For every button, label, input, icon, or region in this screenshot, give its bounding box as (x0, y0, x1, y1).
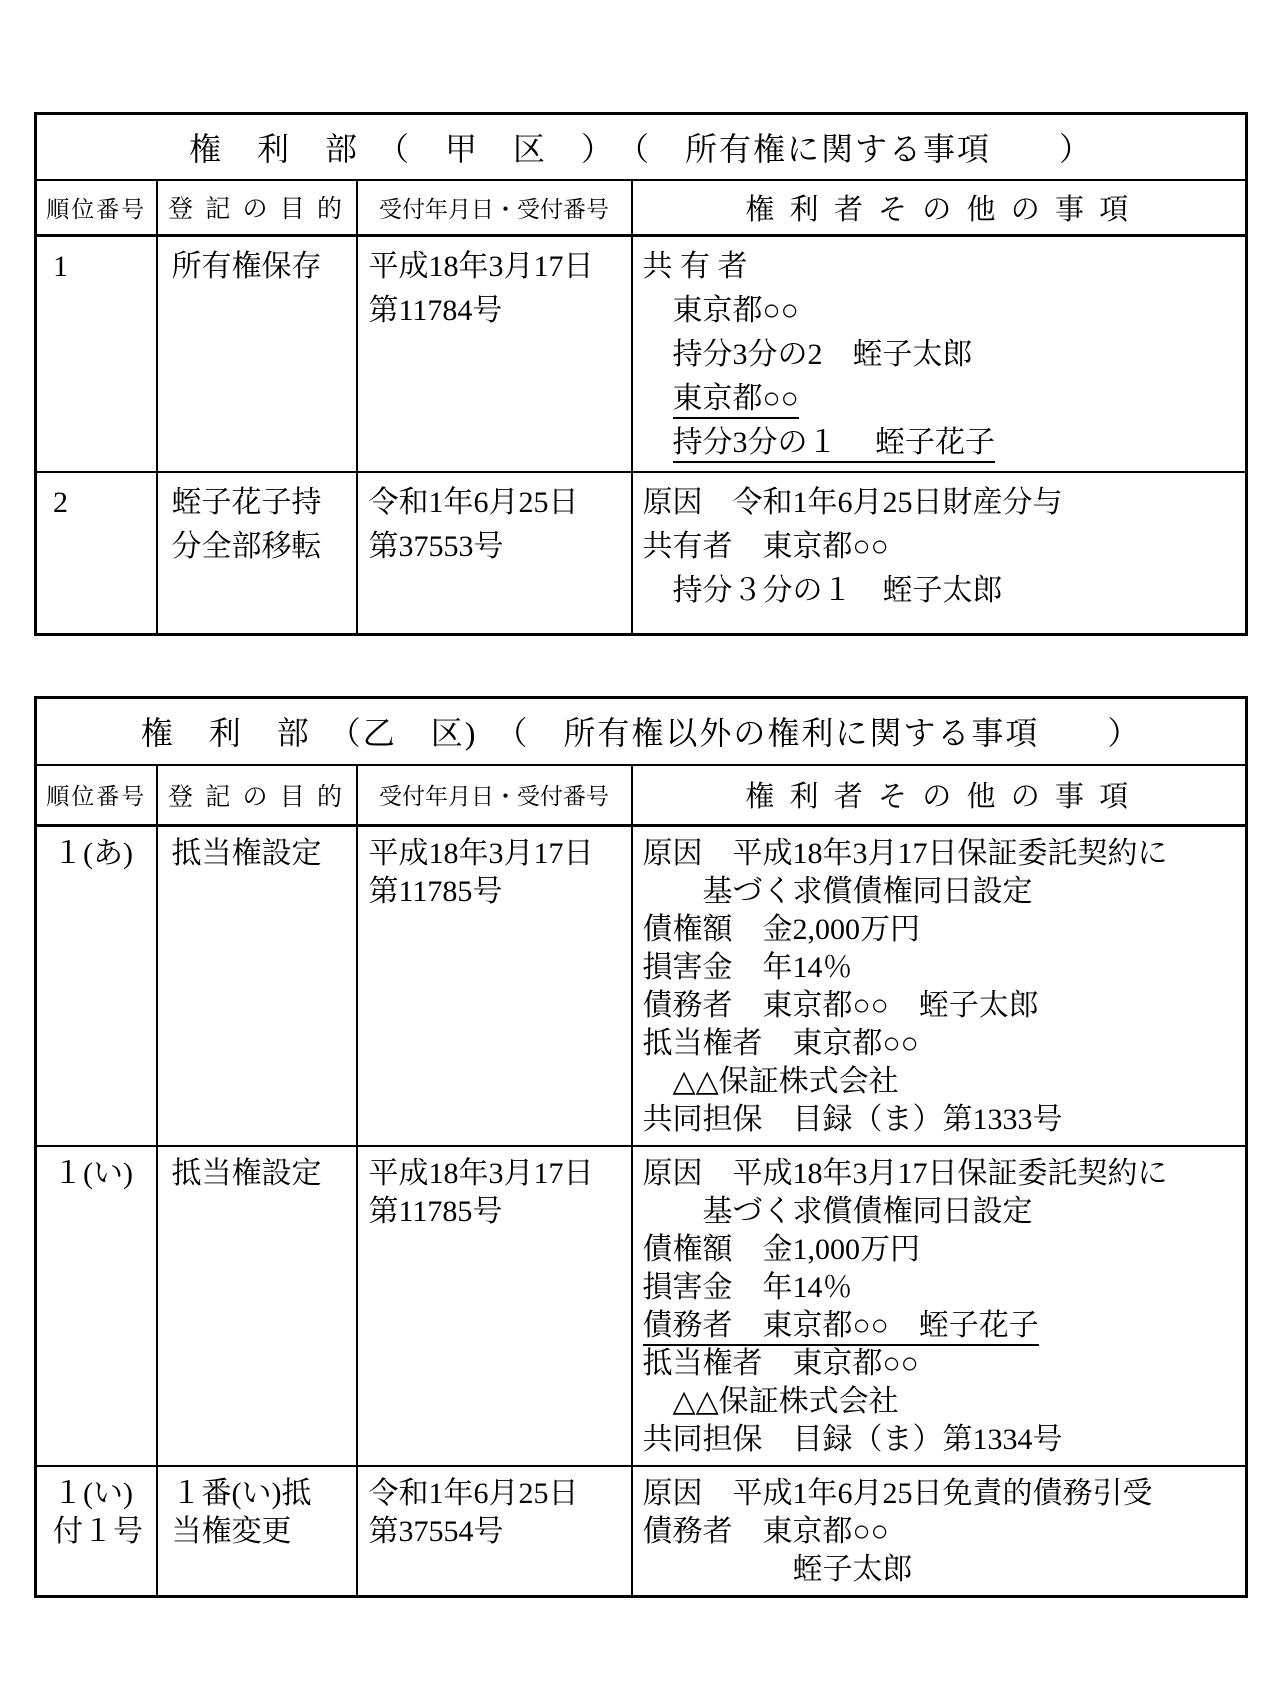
detail-line: 基づく求償債権同日設定 (643, 1193, 1238, 1231)
cell-line: 抵当権設定 (172, 1155, 348, 1193)
details-cell: 原因 平成1年6月25日免責的債務引受債務者 東京都○○ 蛭子太郎 (632, 1466, 1247, 1597)
details-cell: 原因 平成18年3月17日保証委託契約に 基づく求償債権同日設定債権額 金1,0… (632, 1146, 1247, 1466)
table-header-row: 順位番号登 記 の 目 的受付年月日・受付番号権 利 者 そ の 他 の 事 項 (36, 180, 1247, 236)
detail-line: 共 有 者 (643, 245, 1238, 289)
cell-line: 第37553号 (369, 525, 623, 569)
underlined-text: 東京都○○ (673, 382, 799, 419)
detail-line: 東京都○○ (643, 377, 1238, 421)
cell-line: １(い) (53, 1475, 148, 1513)
detail-line: 原因 平成18年3月17日保証委託契約に (643, 1155, 1238, 1193)
cell-line: 2 (53, 481, 148, 525)
cell-line: 付１号 (53, 1513, 148, 1551)
detail-line: △△保証株式会社 (643, 1383, 1238, 1421)
detail-line: 債務者 東京都○○ 蛭子太郎 (643, 987, 1238, 1025)
column-header-rank: 順位番号 (36, 765, 157, 825)
detail-line: 東京都○○ (643, 289, 1238, 333)
column-header-purpose: 登 記 の 目 的 (157, 765, 357, 825)
detail-line: 原因 令和1年6月25日財産分与 (643, 481, 1238, 525)
detail-line: 債務者 東京都○○ (643, 1513, 1238, 1551)
detail-line: 共同担保 目録（ま）第1334号 (643, 1421, 1238, 1459)
table-title-row: 権 利 部 （ 甲 区 ） （ 所有権に関する事項 ） (36, 114, 1247, 180)
detail-line: 共同担保 目録（ま）第1333号 (643, 1101, 1238, 1139)
rank-cell: １(い)付１号 (36, 1466, 157, 1597)
rank-cell: １(あ) (36, 825, 157, 1146)
cell-line: 第37554号 (369, 1513, 623, 1551)
column-header-reception: 受付年月日・受付番号 (357, 180, 632, 236)
reception-cell: 令和1年6月25日第37554号 (357, 1466, 632, 1597)
registry-row: 1所有権保存平成18年3月17日第11784号共 有 者 東京都○○ 持分3分の… (36, 236, 1247, 473)
rights-section-otsu-table: 権 利 部 （乙 区) （ 所有権以外の権利に関する事項 ） 順位番号登 記 の… (34, 696, 1248, 1598)
cell-line: 蛭子花子持 (172, 481, 348, 525)
cell-line: 1 (53, 245, 148, 289)
detail-line: 基づく求償債権同日設定 (643, 873, 1238, 911)
details-cell: 共 有 者 東京都○○ 持分3分の2 蛭子太郎 東京都○○ 持分3分の１ 蛭子花… (632, 236, 1247, 473)
detail-line: 債権額 金1,000万円 (643, 1231, 1238, 1269)
details-cell: 原因 令和1年6月25日財産分与共有者 東京都○○ 持分３分の１ 蛭子太郎 (632, 472, 1247, 634)
table-title-row: 権 利 部 （乙 区) （ 所有権以外の権利に関する事項 ） (36, 697, 1247, 765)
reception-cell: 平成18年3月17日第11785号 (357, 825, 632, 1146)
registry-row: １(い)付１号１番(い)抵当権変更令和1年6月25日第37554号原因 平成1年… (36, 1466, 1247, 1597)
column-header-reception: 受付年月日・受付番号 (357, 765, 632, 825)
purpose-cell: 蛭子花子持分全部移転 (157, 472, 357, 634)
purpose-cell: 所有権保存 (157, 236, 357, 473)
registry-document: 権 利 部 （ 甲 区 ） （ 所有権に関する事項 ） 順位番号登 記 の 目 … (34, 112, 1245, 1598)
rank-cell: 2 (36, 472, 157, 634)
table-title: 権 利 部 （乙 区) （ 所有権以外の権利に関する事項 ） (36, 697, 1247, 765)
cell-line: 第11784号 (369, 289, 623, 333)
purpose-cell: 抵当権設定 (157, 825, 357, 1146)
detail-line: 損害金 年14％ (643, 1269, 1238, 1307)
table-title: 権 利 部 （ 甲 区 ） （ 所有権に関する事項 ） (36, 114, 1247, 180)
column-header-rank: 順位番号 (36, 180, 157, 236)
detail-line: 抵当権者 東京都○○ (643, 1025, 1238, 1063)
detail-line: 蛭子太郎 (643, 1551, 1238, 1589)
reception-cell: 令和1年6月25日第37553号 (357, 472, 632, 634)
cell-line: 平成18年3月17日 (369, 245, 623, 289)
cell-line: １番(い)抵 (172, 1475, 348, 1513)
cell-line: 所有権保存 (172, 245, 348, 289)
table-header-row: 順位番号登 記 の 目 的受付年月日・受付番号権 利 者 そ の 他 の 事 項 (36, 765, 1247, 825)
cell-line: 令和1年6月25日 (369, 481, 623, 525)
page: { "document": { "tables": [ { "name": "r… (0, 0, 1280, 1707)
detail-line: △△保証株式会社 (643, 1063, 1238, 1101)
detail-line: 債務者 東京都○○ 蛭子花子 (643, 1307, 1238, 1345)
purpose-cell: 抵当権設定 (157, 1146, 357, 1466)
detail-line: 抵当権者 東京都○○ (643, 1345, 1238, 1383)
cell-line: １(あ) (53, 835, 148, 873)
cell-line: 令和1年6月25日 (369, 1475, 623, 1513)
reception-cell: 平成18年3月17日第11784号 (357, 236, 632, 473)
detail-line: 持分３分の１ 蛭子太郎 (643, 569, 1238, 613)
details-cell: 原因 平成18年3月17日保証委託契約に 基づく求償債権同日設定債権額 金2,0… (632, 825, 1247, 1146)
reception-cell: 平成18年3月17日第11785号 (357, 1146, 632, 1466)
registry-row: 2蛭子花子持分全部移転令和1年6月25日第37553号原因 令和1年6月25日財… (36, 472, 1247, 634)
detail-line: 原因 平成1年6月25日免責的債務引受 (643, 1475, 1238, 1513)
column-header-details: 権 利 者 そ の 他 の 事 項 (632, 180, 1247, 236)
detail-line: 原因 平成18年3月17日保証委託契約に (643, 835, 1238, 873)
cell-line: 第11785号 (369, 873, 623, 911)
cell-line: 第11785号 (369, 1193, 623, 1231)
column-header-details: 権 利 者 そ の 他 の 事 項 (632, 765, 1247, 825)
cell-line: 平成18年3月17日 (369, 835, 623, 873)
registry-row: １(あ)抵当権設定平成18年3月17日第11785号原因 平成18年3月17日保… (36, 825, 1247, 1146)
rights-section-kou-table: 権 利 部 （ 甲 区 ） （ 所有権に関する事項 ） 順位番号登 記 の 目 … (34, 112, 1248, 636)
cell-line: 当権変更 (172, 1513, 348, 1551)
detail-line: 持分3分の１ 蛭子花子 (643, 421, 1238, 465)
rank-cell: 1 (36, 236, 157, 473)
cell-line: 抵当権設定 (172, 835, 348, 873)
detail-line: 共有者 東京都○○ (643, 525, 1238, 569)
detail-line: 持分3分の2 蛭子太郎 (643, 333, 1238, 377)
underlined-text: 持分3分の１ 蛭子花子 (673, 426, 996, 463)
cell-line: 平成18年3月17日 (369, 1155, 623, 1193)
column-header-purpose: 登 記 の 目 的 (157, 180, 357, 236)
detail-line: 損害金 年14％ (643, 949, 1238, 987)
detail-line: 債権額 金2,000万円 (643, 911, 1238, 949)
cell-line: 分全部移転 (172, 525, 348, 569)
underlined-text: 債務者 東京都○○ 蛭子花子 (643, 1309, 1039, 1346)
purpose-cell: １番(い)抵当権変更 (157, 1466, 357, 1597)
cell-line: １(い) (53, 1155, 148, 1193)
registry-row: １(い)抵当権設定平成18年3月17日第11785号原因 平成18年3月17日保… (36, 1146, 1247, 1466)
rank-cell: １(い) (36, 1146, 157, 1466)
